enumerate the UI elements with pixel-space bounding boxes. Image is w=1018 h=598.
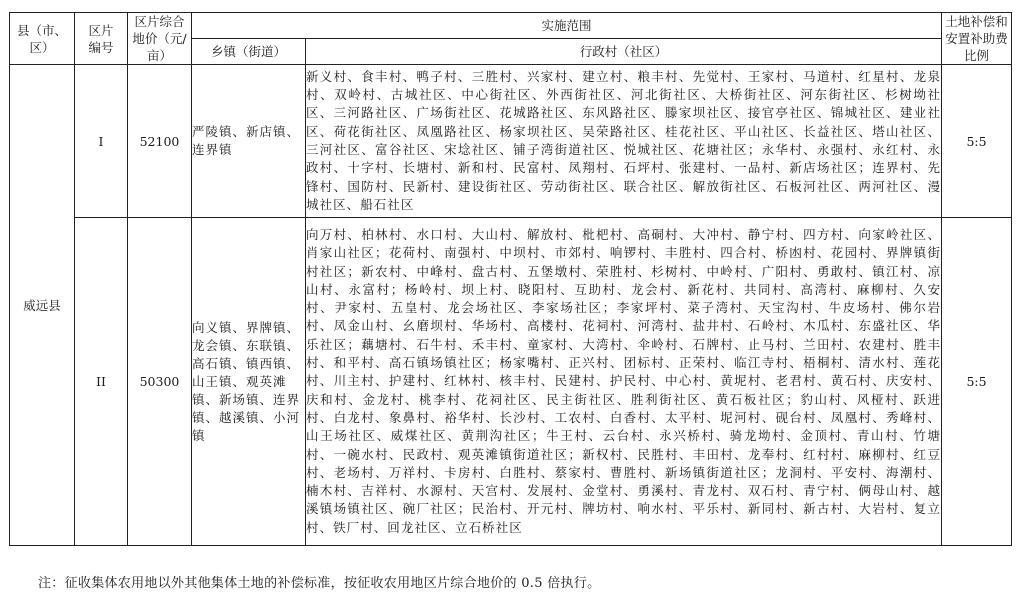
villages-cell: 向万村、柏林村、水口村、大山村、解放村、枇杷村、高硐村、大冲村、静宁村、四方村、… <box>306 218 942 546</box>
ratio-cell: 5:5 <box>942 65 1012 218</box>
footnote: 注：征收集体农用地以外其他集体土地的补偿标准，按征收农用地区片综合地价的 0.5… <box>38 572 600 591</box>
zone-no-cell: I <box>75 65 128 218</box>
table-row: 威远县 I 52100 严陵镇、新店镇、连界镇 新义村、食丰村、鸭子村、三胜村、… <box>10 65 1012 218</box>
header-county: 县（市、区） <box>10 13 75 65</box>
table-row: II 50300 向义镇、界牌镇、龙会镇、东联镇、高石镇、镇西镇、山王镇、观英滩… <box>10 218 1012 546</box>
towns-cell: 严陵镇、新店镇、连界镇 <box>192 65 306 218</box>
ratio-cell: 5:5 <box>942 218 1012 546</box>
villages-cell: 新义村、食丰村、鸭子村、三胜村、兴家村、建立村、粮丰村、先觉村、王家村、马道村、… <box>306 65 942 218</box>
compensation-table: 县（市、区） 区片编号 区片综合地价（元/亩） 实施范围 土地补偿和安置补助费比… <box>9 12 1012 546</box>
price-cell: 50300 <box>128 218 192 546</box>
towns-cell: 向义镇、界牌镇、龙会镇、东联镇、高石镇、镇西镇、山王镇、观英滩镇、新场镇、连界镇… <box>192 218 306 546</box>
header-villages: 行政村（社区） <box>306 39 942 65</box>
county-cell: 威远县 <box>10 65 75 546</box>
zone-no-cell: II <box>75 218 128 546</box>
header-ratio: 土地补偿和安置补助费比例 <box>942 13 1012 65</box>
header-scope: 实施范围 <box>192 13 942 39</box>
header-towns: 乡镇（街道） <box>192 39 306 65</box>
header-zone-no: 区片编号 <box>75 13 128 65</box>
price-cell: 52100 <box>128 65 192 218</box>
header-price: 区片综合地价（元/亩） <box>128 13 192 65</box>
